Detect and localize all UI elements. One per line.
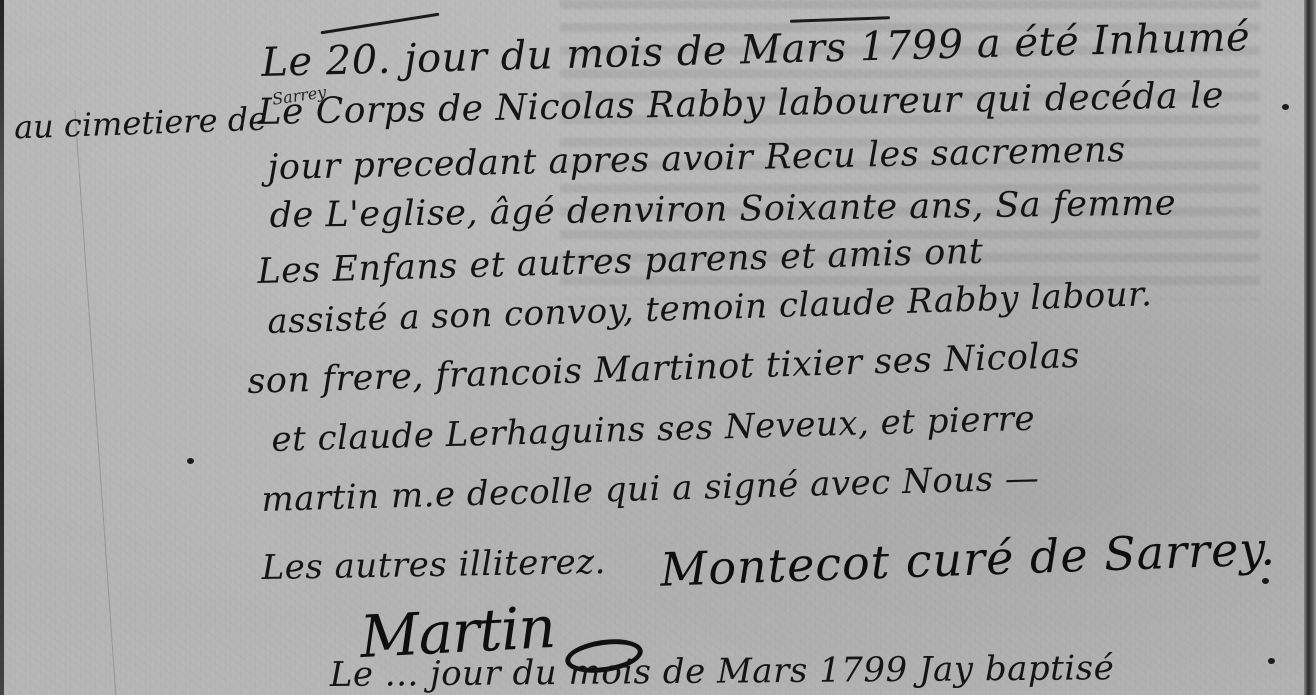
text-line: Les autres illiterez. (261, 542, 606, 588)
text-line: et claude Lerhaguins ses Neveux, et pier… (271, 399, 1036, 460)
ink-stroke (790, 16, 890, 22)
text-line: martin m.e decolle qui a signé avec Nous… (261, 458, 1040, 520)
text-line: son frere, francois Martinot tixier ses … (247, 336, 1081, 402)
document-page: au cimetiere de Sarrey Le 20. jour du mo… (0, 0, 1316, 695)
curate-signature: Montecot curé de Sarrey. (659, 521, 1276, 596)
text-line: de L'eglise, âgé denviron Soixante ans, … (269, 183, 1176, 236)
page-left-edge (0, 0, 4, 695)
text-line: Le ... jour du mois de Mars 1799 Jay bap… (330, 648, 1115, 695)
text-line: Le Corps de Nicolas Rabby laboureur qui … (257, 75, 1224, 133)
ink-stroke (321, 13, 440, 35)
page-binding-edge (1304, 0, 1316, 695)
ink-spot (187, 458, 194, 464)
margin-note: au cimetiere de (13, 100, 267, 147)
ink-spot (1282, 104, 1289, 110)
ink-spot (1262, 578, 1269, 584)
ink-spot (1268, 658, 1275, 664)
text-line: Le 20. jour du mois de Mars 1799 a été I… (261, 14, 1251, 86)
paper-crease (74, 110, 118, 695)
text-line: jour precedant apres avoir Recu les sacr… (267, 130, 1126, 188)
